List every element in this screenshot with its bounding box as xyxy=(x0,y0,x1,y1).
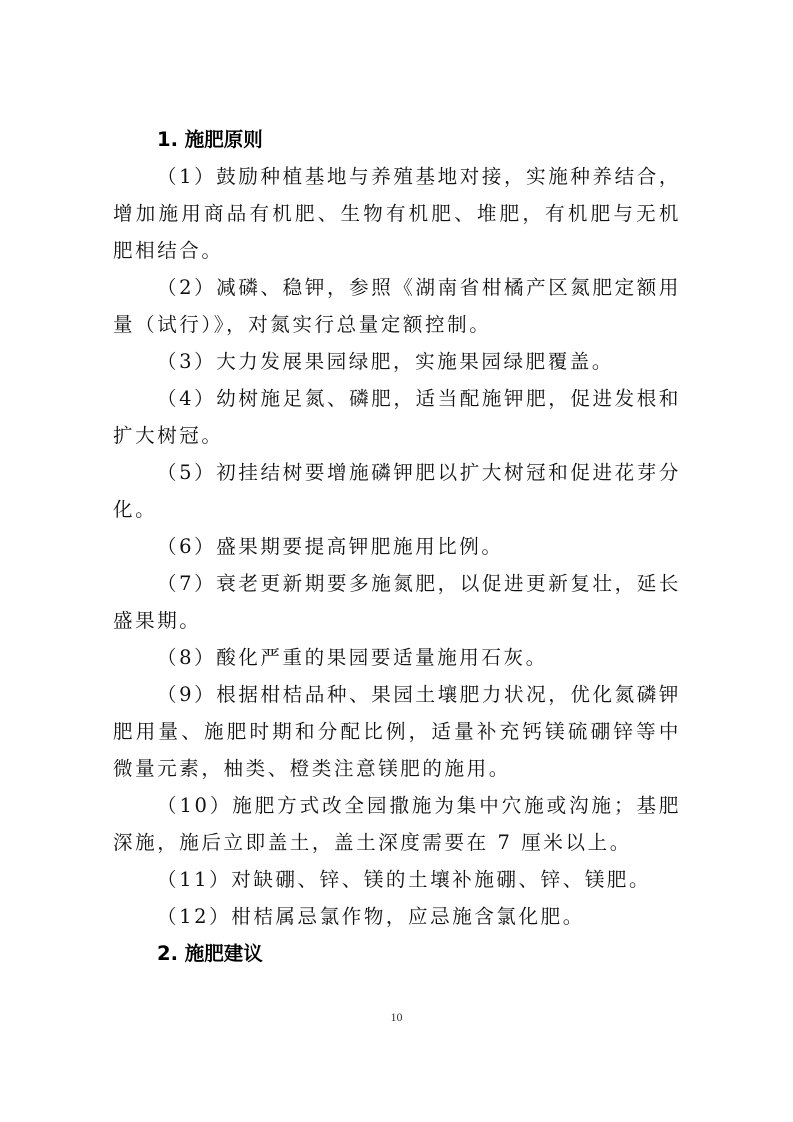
principle-item-3: （3）大力发展果园绿肥，实施果园绿肥覆盖。 xyxy=(113,343,681,380)
principle-item-10: （10）施肥方式改全园撒施为集中穴施或沟施；基肥深施，施后立即盖土，盖土深度需要… xyxy=(113,787,681,861)
principle-item-5: （5）初挂结树要增施磷钾肥以扩大树冠和促进花芽分化。 xyxy=(113,454,681,528)
principle-item-6: （6）盛果期要提高钾肥施用比例。 xyxy=(113,528,681,565)
section-heading-fertilization-suggestions: 2. 施肥建议 xyxy=(113,935,681,972)
principle-item-7: （7）衰老更新期要多施氮肥，以促进更新复壮，延长盛果期。 xyxy=(113,565,681,639)
section-heading-fertilization-principles: 1. 施肥原则 xyxy=(113,121,681,158)
page-content: 1. 施肥原则 （1）鼓励种植基地与养殖基地对接，实施种养结合，增加施用商品有机… xyxy=(113,121,681,972)
principle-item-4: （4）幼树施足氮、磷肥，适当配施钾肥，促进发根和扩大树冠。 xyxy=(113,380,681,454)
page-number: 10 xyxy=(0,1010,793,1025)
principle-item-2: （2）减磷、稳钾，参照《湖南省柑橘产区氮肥定额用量（试行）》，对氮实行总量定额控… xyxy=(113,269,681,343)
document-page: 1. 施肥原则 （1）鼓励种植基地与养殖基地对接，实施种养结合，增加施用商品有机… xyxy=(0,0,793,1122)
principle-item-9: （9）根据柑桔品种、果园土壤肥力状况，优化氮磷钾肥用量、施肥时期和分配比例，适量… xyxy=(113,676,681,787)
principle-item-12: （12）柑桔属忌氯作物，应忌施含氯化肥。 xyxy=(113,898,681,935)
principle-item-1: （1）鼓励种植基地与养殖基地对接，实施种养结合，增加施用商品有机肥、生物有机肥、… xyxy=(113,158,681,269)
principle-item-11: （11）对缺硼、锌、镁的土壤补施硼、锌、镁肥。 xyxy=(113,861,681,898)
principle-item-8: （8）酸化严重的果园要适量施用石灰。 xyxy=(113,639,681,676)
